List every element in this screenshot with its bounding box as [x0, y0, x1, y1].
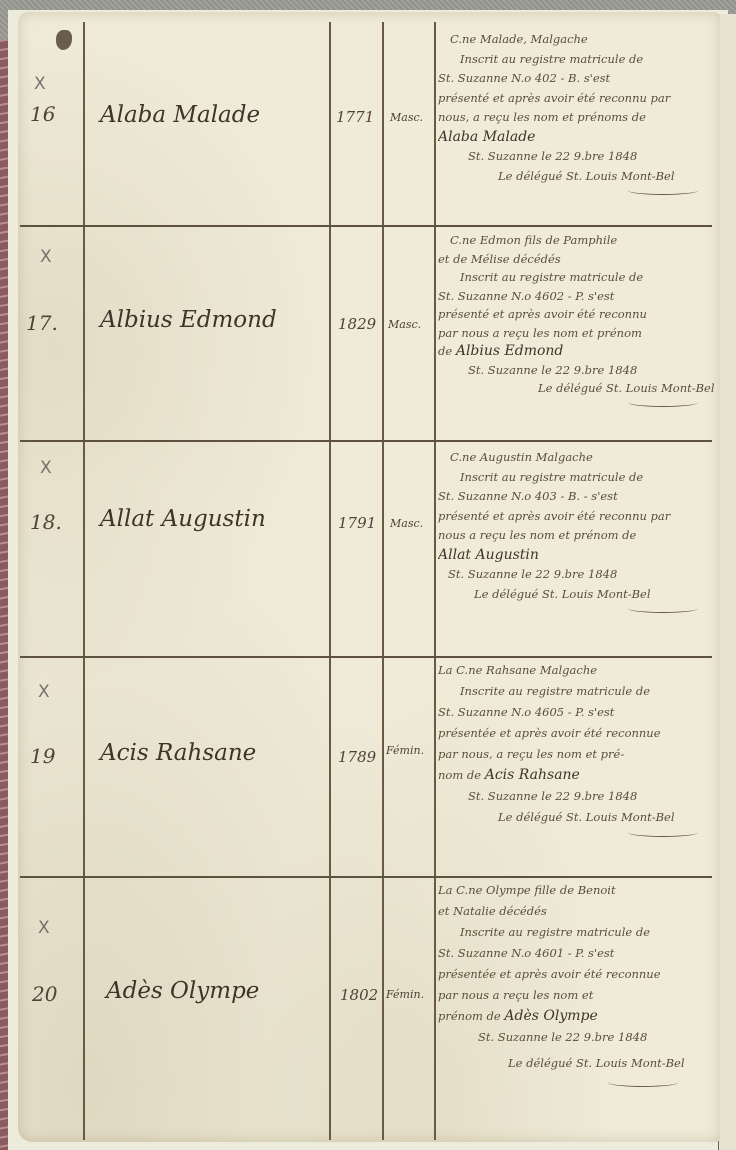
signature-flourish — [628, 398, 698, 407]
entry-sex: Masc. — [388, 318, 421, 331]
remarks-name-prefix: nom de — [438, 768, 481, 782]
entry-number: 16 — [30, 102, 55, 126]
entry-sex: Masc. — [390, 111, 423, 124]
register-entry: X 16 Alaba Malade 1771 Masc. C.ne Malade… — [18, 12, 720, 225]
remarks-title-continued: et de Mélise décédés — [438, 250, 728, 269]
register-entry: X 17. Albius Edmond 1829 Masc. C.ne Edmo… — [18, 227, 720, 440]
entry-name: Allat Augustin — [100, 506, 266, 532]
remarks-line: présenté et après avoir été reconnu par — [438, 89, 728, 109]
entry-birth-year: 1829 — [338, 315, 376, 333]
remarks-signature: Le délégué St. Louis Mont-Bel — [438, 379, 728, 398]
remarks-date: St. Suzanne le 22 9.bre 1848 — [438, 147, 728, 167]
remarks-line: Inscrit au registre matricule de — [438, 468, 728, 488]
remarks-title: C.ne Augustin Malgache — [438, 448, 728, 468]
remarks-line: Inscrite au registre matricule de — [438, 681, 728, 702]
remarks-signature: Le délégué St. Louis Mont-Bel — [438, 807, 728, 828]
register-entry: X 19 Acis Rahsane 1789 Fémin. La C.ne Ra… — [18, 658, 720, 876]
remarks-title-continued: et Natalie décédés — [438, 901, 728, 922]
entry-name: Alaba Malade — [100, 102, 260, 128]
entry-remarks: C.ne Edmon fils de Pamphile et de Mélise… — [438, 231, 728, 407]
signature-flourish — [628, 186, 698, 195]
remarks-name-prefix: prénom de — [438, 1009, 501, 1023]
entry-number: 19 — [30, 744, 55, 768]
entry-remarks: C.ne Augustin Malgache Inscrit au regist… — [438, 448, 728, 613]
signature-flourish — [628, 604, 698, 613]
remarks-line: présentée et après avoir été reconnue — [438, 723, 728, 744]
signature-flourish — [628, 828, 698, 837]
remarks-line: par nous, a reçu les nom et pré- — [438, 744, 728, 765]
entry-sex: Fémin. — [386, 744, 424, 757]
entry-birth-year: 1791 — [338, 514, 376, 532]
remarks-signature: Le délégué St. Louis Mont-Bel — [438, 1048, 728, 1078]
remarks-title: La C.ne Olympe fille de Benoit — [438, 880, 728, 901]
remarks-new-name: Acis Rahsane — [485, 767, 580, 783]
cross-mark: X — [40, 247, 52, 267]
signature-flourish — [608, 1078, 678, 1087]
remarks-date: St. Suzanne le 22 9.bre 1848 — [438, 361, 728, 380]
remarks-line: Inscrit au registre matricule de — [438, 268, 728, 287]
remarks-line: St. Suzanne N.o 403 - B. - s'est — [438, 487, 728, 507]
remarks-new-name: Allat Augustin — [438, 546, 728, 566]
remarks-title: C.ne Edmon fils de Pamphile — [438, 231, 728, 250]
remarks-line: St. Suzanne N.o 4605 - P. s'est — [438, 702, 728, 723]
remarks-date: St. Suzanne le 22 9.bre 1848 — [438, 786, 728, 807]
register-entry: X 18. Allat Augustin 1791 Masc. C.ne Aug… — [18, 442, 720, 656]
entry-number: 17. — [26, 311, 58, 335]
remarks-line: St. Suzanne N.o 4601 - P. s'est — [438, 943, 728, 964]
remarks-signature: Le délégué St. Louis Mont-Bel — [438, 167, 728, 187]
cross-mark: X — [40, 458, 52, 478]
remarks-line: nous a reçu les nom et prénom de — [438, 526, 728, 546]
remarks-signature: Le délégué St. Louis Mont-Bel — [438, 585, 728, 605]
cross-mark: X — [38, 682, 50, 702]
entry-name: Acis Rahsane — [100, 740, 256, 766]
entry-number: 18. — [30, 510, 62, 534]
remarks-line: par nous a reçu les nom et prénom — [438, 324, 728, 343]
entry-birth-year: 1802 — [340, 986, 378, 1004]
entry-sex: Fémin. — [386, 988, 424, 1001]
entry-number: 20 — [32, 982, 57, 1006]
remarks-line: présenté et après avoir été reconnu par — [438, 507, 728, 527]
remarks-new-name: Adès Olympe — [504, 1008, 597, 1024]
remarks-line: Inscrit au registre matricule de — [438, 50, 728, 70]
cross-mark: X — [38, 918, 50, 938]
entry-sex: Masc. — [390, 517, 423, 530]
entry-birth-year: 1789 — [338, 748, 376, 766]
remarks-title: C.ne Malade, Malgache — [438, 30, 728, 50]
remarks-new-name: Albius Edmond — [456, 343, 564, 359]
remarks-name-prefix: de — [438, 344, 452, 358]
remarks-line: présentée et après avoir été reconnue — [438, 964, 728, 985]
remarks-date: St. Suzanne le 22 9.bre 1848 — [438, 565, 728, 585]
remarks-line: nous, a reçu les nom et prénoms de — [438, 108, 728, 128]
register-entry: X 20 Adès Olympe 1802 Fémin. La C.ne Oly… — [18, 878, 720, 1140]
remarks-line: St. Suzanne N.o 402 - B. s'est — [438, 69, 728, 89]
remarks-line: Inscrite au registre matricule de — [438, 922, 728, 943]
entry-remarks: C.ne Malade, Malgache Inscrit au registr… — [438, 30, 728, 195]
remarks-date: St. Suzanne le 22 9.bre 1848 — [438, 1027, 728, 1048]
cross-mark: X — [34, 74, 46, 94]
entry-remarks: La C.ne Olympe fille de Benoit et Natali… — [438, 880, 728, 1087]
remarks-line: par nous a reçu les nom et — [438, 985, 728, 1006]
entry-birth-year: 1771 — [336, 108, 374, 126]
remarks-title: La C.ne Rahsane Malgache — [438, 660, 728, 681]
entry-remarks: La C.ne Rahsane Malgache Inscrite au reg… — [438, 660, 728, 837]
remarks-line: présenté et après avoir été reconnu — [438, 305, 728, 324]
remarks-line: St. Suzanne N.o 4602 - P. s'est — [438, 287, 728, 306]
entry-name: Albius Edmond — [100, 307, 277, 333]
remarks-new-name: Alaba Malade — [438, 128, 728, 148]
entry-name: Adès Olympe — [106, 978, 259, 1004]
